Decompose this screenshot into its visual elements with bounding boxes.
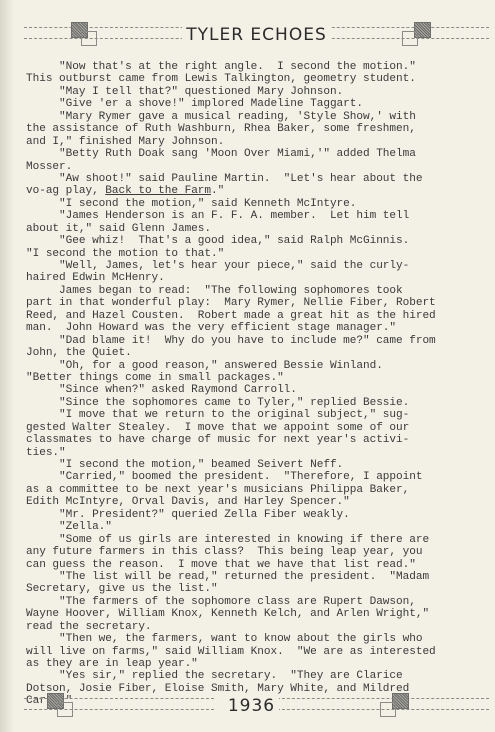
text-line: "Yes sir," replied the secretary. "They … — [26, 670, 486, 682]
footer-banner: 1936 — [24, 693, 489, 717]
text-line: Edith McIntyre, Orval Davis, and Harley … — [26, 496, 486, 508]
text-line: the assistance of Ruth Washburn, Rhea Ba… — [26, 123, 486, 135]
text-line: "Some of us girls are interested in know… — [26, 534, 486, 546]
text-line: "Then we, the farmers, want to know abou… — [26, 633, 486, 645]
page-edge-shadow — [0, 0, 14, 732]
text-line: "The list will be read," returned the pr… — [26, 571, 486, 583]
text-line: "Well, James, let's hear your piece," sa… — [26, 260, 486, 272]
text-line: "Since the sophomores came to Tyler," re… — [26, 397, 486, 409]
text-line: will live on farms," said William Knox. … — [26, 646, 486, 658]
text-line: "Give 'er a shove!" implored Madeline Ta… — [26, 98, 486, 110]
text-line: Secretary, give us the list." — [26, 583, 486, 595]
text-line: part in that wonderful play: Mary Rymer,… — [26, 297, 486, 309]
underlined-play-title: Back to the Farm — [105, 185, 211, 197]
text-line: This outburst came from Lewis Talkington… — [26, 73, 486, 85]
text-line: Reed, and Hazel Cousten. Robert made a g… — [26, 310, 486, 322]
text-line: "Carried," boomed the president. "Theref… — [26, 471, 486, 483]
text-line: "I second the motion," said Kenneth McIn… — [26, 198, 486, 210]
page-title: TYLER ECHOES — [24, 25, 489, 45]
text-line: "I move that we return to the original s… — [26, 409, 486, 421]
text-line: any future farmers in this class? This b… — [26, 546, 486, 558]
text-line: "Better things come in small packages." — [26, 372, 486, 384]
text-line: "Since when?" asked Raymond Carroll. — [26, 384, 486, 396]
text-line: James began to read: "The following soph… — [26, 285, 486, 297]
text-line: "Dad blame it! Why do you have to includ… — [26, 335, 486, 347]
text-line: Mosser. — [26, 161, 486, 173]
text-line: "Mr. President?" queried Zella Fiber wea… — [26, 509, 486, 521]
header-banner: TYLER ECHOES — [24, 22, 489, 46]
text-line: read the secretary. — [26, 621, 486, 633]
text-line: about it," said Glenn James. — [26, 223, 486, 235]
text-line: John, the Quiet. — [26, 347, 486, 359]
text-line: "I second the motion to that." — [26, 248, 486, 260]
text-line: as they are in leap year." — [26, 658, 486, 670]
text-line: and I," finished Mary Johnson. — [26, 136, 486, 148]
text-line: Wayne Hoover, William Knox, Kenneth Kelc… — [26, 608, 486, 620]
text-line: classmates to have charge of music for n… — [26, 434, 486, 446]
text-line: gested Walter Stealey. I move that we ap… — [26, 422, 486, 434]
text-line: "May I tell that?" questioned Mary Johns… — [26, 86, 486, 98]
text-line: "Zella." — [26, 521, 486, 533]
text-line: "Betty Ruth Doak sang 'Moon Over Miami,'… — [26, 148, 486, 160]
text-line: "Aw shoot!" said Pauline Martin. "Let's … — [26, 173, 486, 185]
text-line: as a committee to be next year's musicia… — [26, 484, 486, 496]
text-line: "Now that's at the right angle. I second… — [26, 61, 486, 73]
text-line: "James Henderson is an F. F. A. member. … — [26, 210, 486, 222]
text-line: "I second the motion," beamed Seivert Ne… — [26, 459, 486, 471]
typewritten-body: "Now that's at the right angle. I second… — [26, 61, 486, 708]
text-line: vo-ag play, Back to the Farm." — [26, 185, 486, 197]
text-line: haired Edwin McHenry. — [26, 272, 486, 284]
text-line: "Oh, for a good reason," answered Bessie… — [26, 360, 486, 372]
text-line: ties." — [26, 447, 486, 459]
text-line: "The farmers of the sophomore class are … — [26, 596, 486, 608]
text-line: man. John Howard was the very efficient … — [26, 322, 486, 334]
text-line: "Gee whiz! That's a good idea," said Ral… — [26, 235, 486, 247]
text-line: "Mary Rymer gave a musical reading, 'Sty… — [26, 111, 486, 123]
page-footer-year: 1936 — [14, 696, 489, 716]
text-line: can guess the reason. I move that we hav… — [26, 559, 486, 571]
